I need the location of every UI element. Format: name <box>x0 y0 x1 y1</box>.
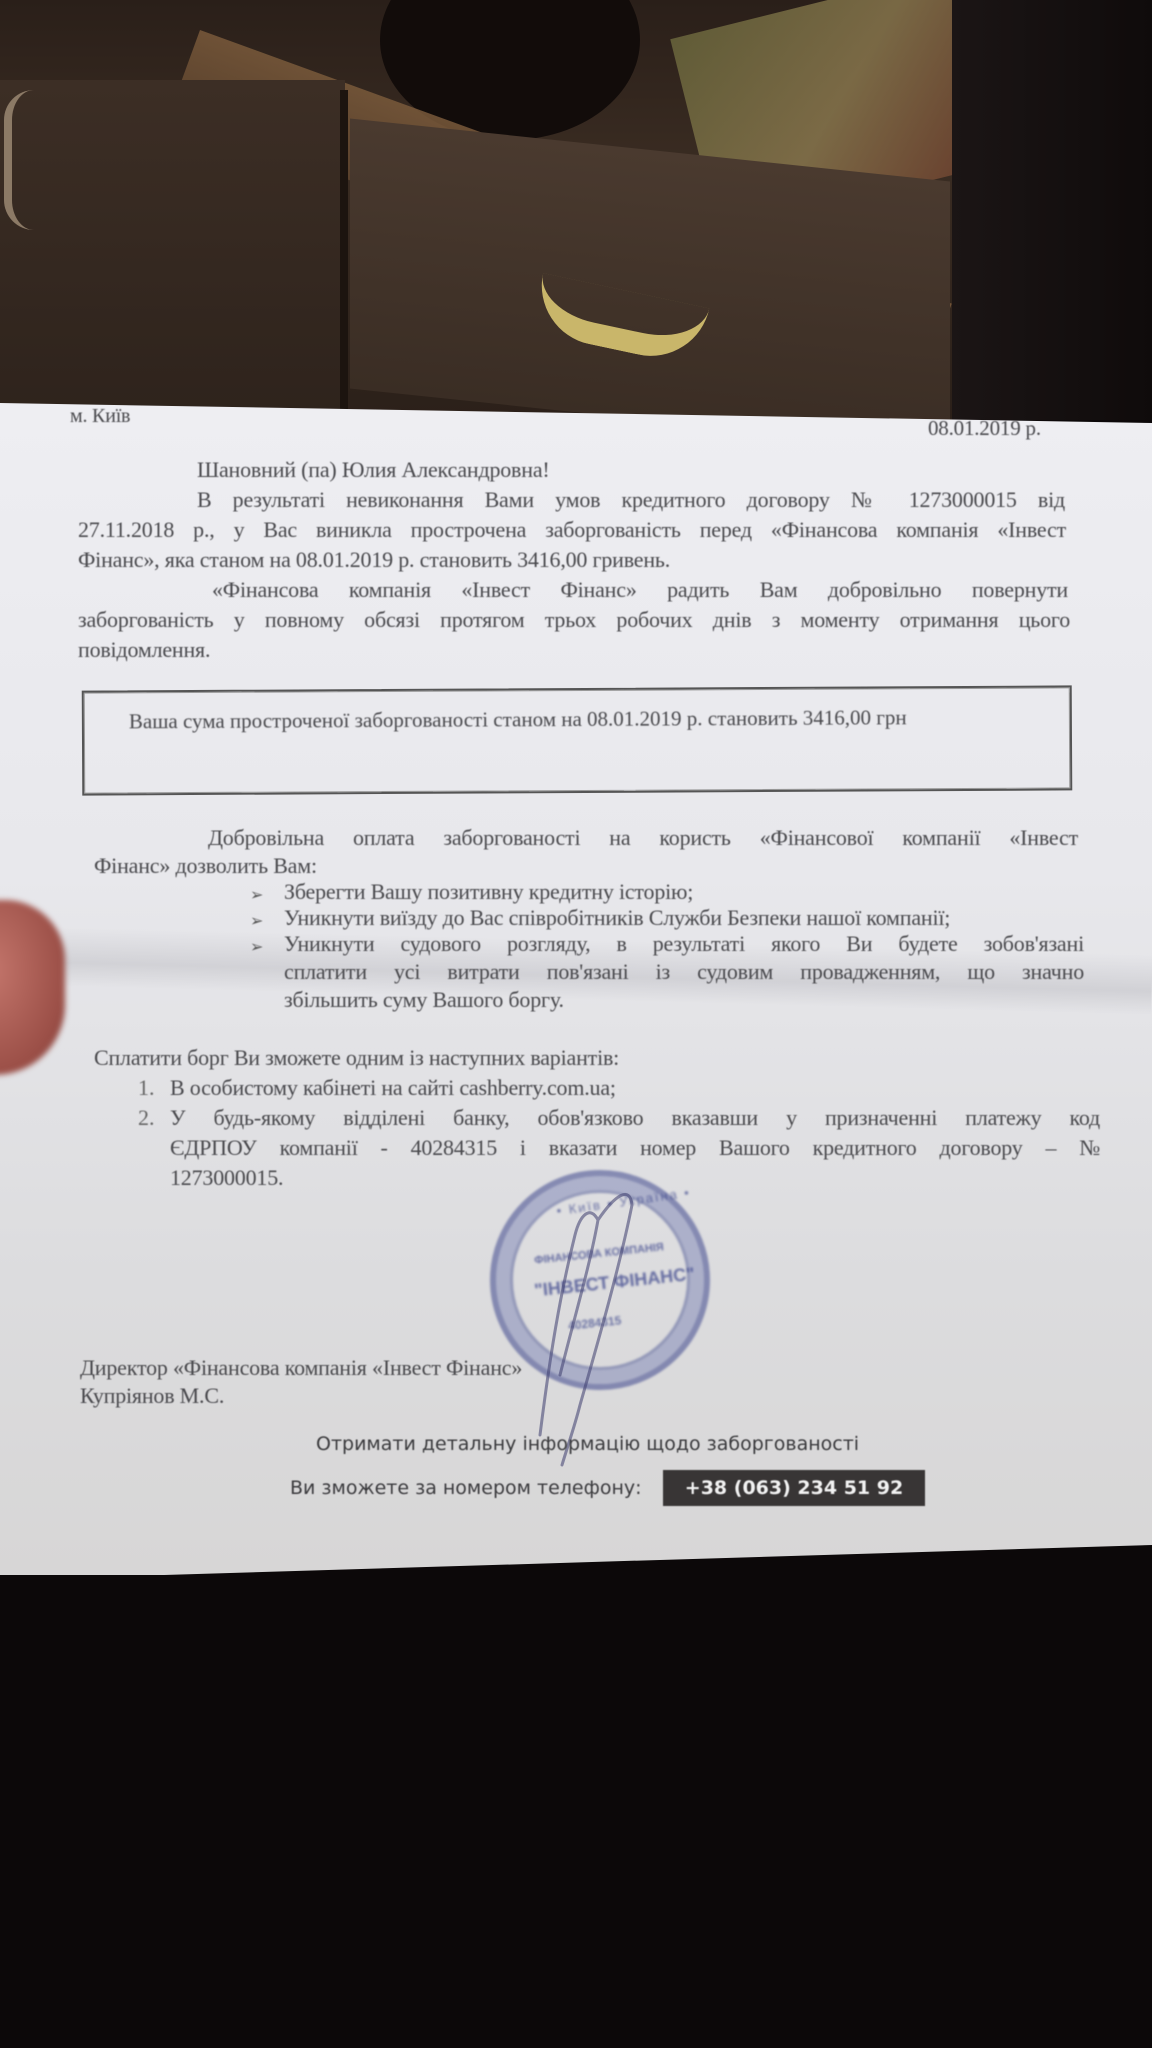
signature-name: Купріянов М.С. <box>80 1383 224 1409</box>
paragraph2-line3: повідомлення. <box>78 637 210 663</box>
city: м. Київ <box>70 403 130 429</box>
greeting: Шановний (па) Юлия Александровна! <box>197 457 550 483</box>
list-number-2: 2. <box>138 1105 155 1131</box>
arrow-bullet-icon: ➢ <box>250 885 263 905</box>
phone-number: +38 (063) 234 51 92 <box>663 1470 925 1506</box>
benefit-item-3-line2: сплатити усі витрати пов'язані із судови… <box>284 959 1084 985</box>
paragraph1-line3: Фінанс», яка станом на 08.01.2019 р. ста… <box>78 547 670 573</box>
paragraph2-line2: заборгованість у повному обсязі протягом… <box>78 607 1070 633</box>
benefits-intro-line1: Добровільна оплата заборгованості на кор… <box>208 825 1078 851</box>
payment-option-2-line3: 1273000015. <box>170 1165 283 1191</box>
benefit-item-3-line1: Уникнути судового розгляду, в результаті… <box>284 931 1084 957</box>
benefit-item-1: Зберегти Вашу позитивну кредитну історію… <box>284 879 693 905</box>
debt-letter-paper: м. Київ 08.01.2019 р. Шановний (па) Юлия… <box>0 395 1152 1575</box>
signature-title: Директор «Фінансова компанія «Інвест Фін… <box>80 1355 522 1381</box>
benefits-intro-line2: Фінанс» дозволить Вам: <box>94 853 317 879</box>
list-number-1: 1. <box>138 1075 155 1101</box>
paragraph1-line1: В результаті невиконання Вами умов креди… <box>197 487 1065 513</box>
cabinet-door <box>0 80 345 420</box>
payment-option-2-line1: У будь-якому відділені банку, обов'язков… <box>170 1105 1100 1131</box>
background-photo-scene <box>0 0 1152 420</box>
cabinet-divider <box>340 90 348 420</box>
arrow-bullet-icon: ➢ <box>250 911 263 931</box>
overdue-amount-box: Ваша сума простроченої заборгованості ст… <box>82 685 1073 795</box>
signature-scribble <box>520 1175 680 1475</box>
contact-info-line1: Отримати детальну інформацію щодо заборг… <box>316 1433 859 1455</box>
overdue-amount-text: Ваша сума простроченої заборгованості ст… <box>129 705 907 734</box>
shadow-area <box>952 0 1152 420</box>
benefit-item-2: Уникнути виїзду до Вас співробітників Сл… <box>284 905 950 931</box>
payment-intro: Сплатити борг Ви зможете одним із наступ… <box>94 1045 619 1071</box>
cabinet-handle <box>4 90 44 230</box>
contact-info-line2: Ви зможете за номером телефону: <box>290 1477 642 1499</box>
benefit-item-3-line3: збільшить суму Вашого боргу. <box>284 987 564 1013</box>
arrow-bullet-icon: ➢ <box>250 937 263 957</box>
payment-option-1: В особистому кабінеті на сайті cashberry… <box>170 1075 616 1101</box>
payment-option-2-line2: ЄДРПОУ компанії - 40284315 і вказати ном… <box>170 1135 1100 1161</box>
paragraph1-line2: 27.11.2018 р., у Вас виникла прострочена… <box>78 517 1066 543</box>
paragraph2-line1: «Фінансова компанія «Інвест Фінанс» ради… <box>212 577 1068 603</box>
